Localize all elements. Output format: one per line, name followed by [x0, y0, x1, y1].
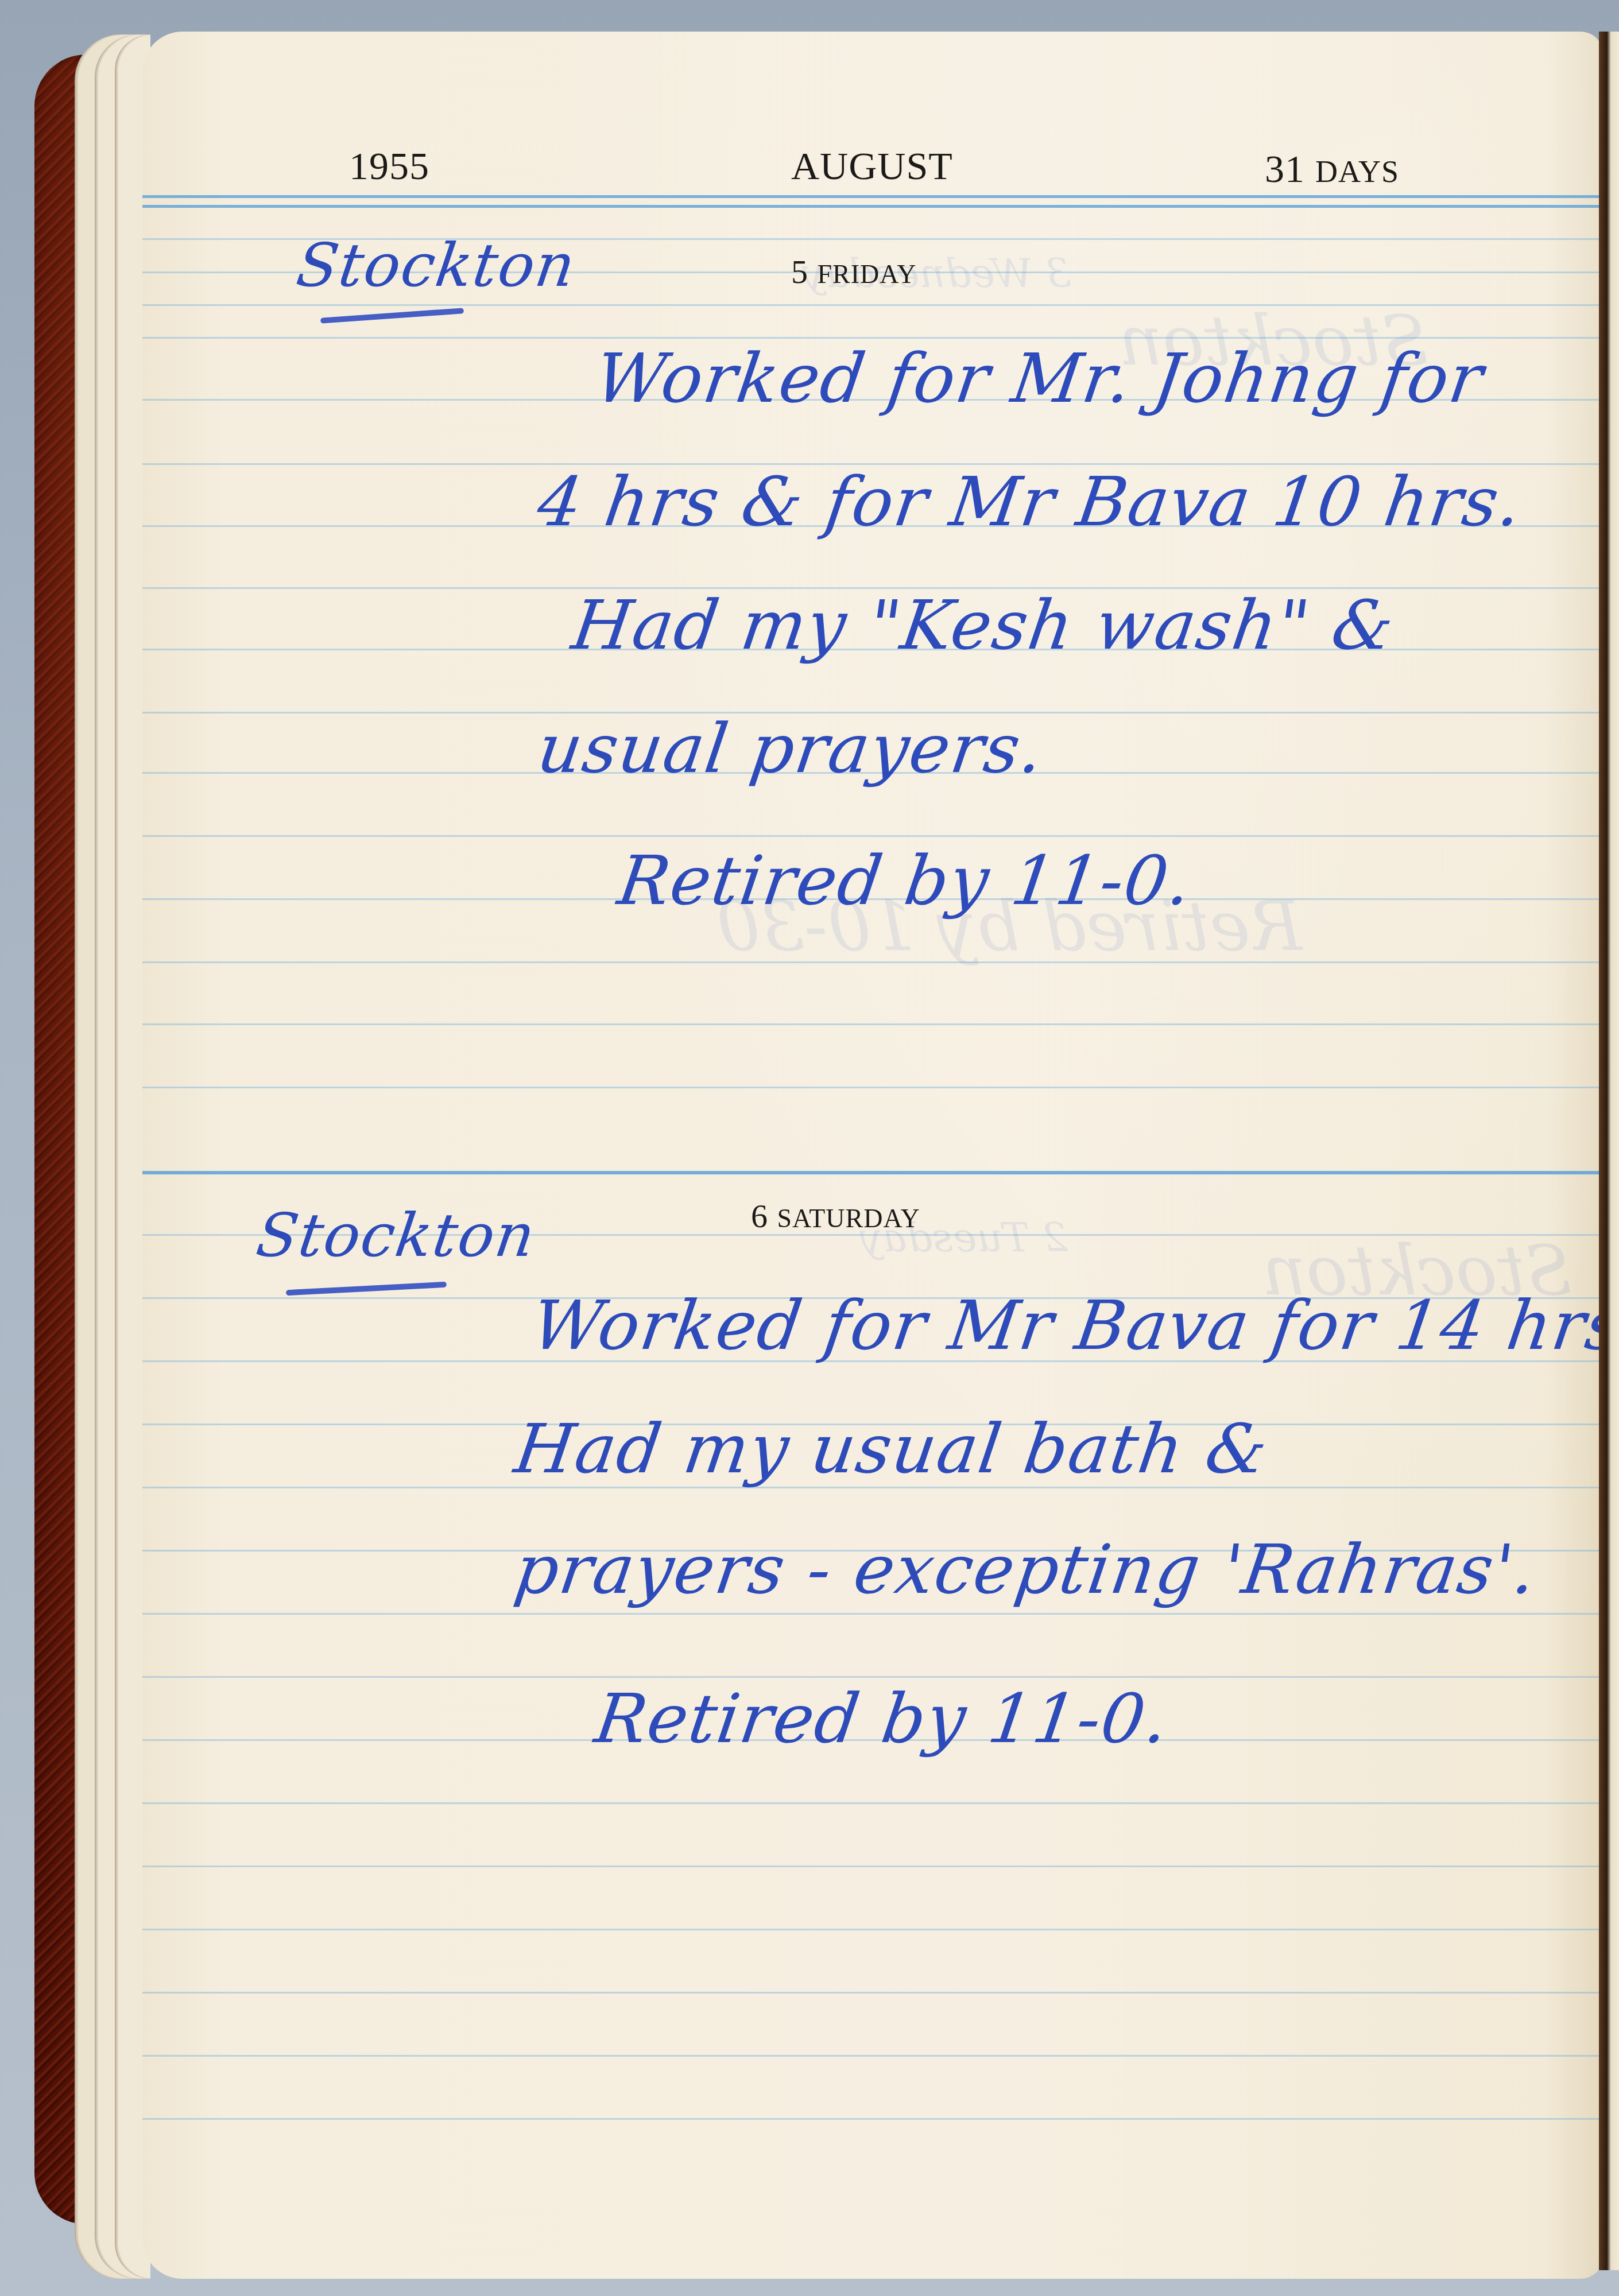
ruled-line: [142, 1676, 1603, 1678]
ruled-line: [142, 1023, 1603, 1025]
header-month: AUGUST: [791, 143, 953, 189]
ruled-line: [142, 1929, 1603, 1930]
place-underline: [286, 1282, 447, 1296]
header-rule: [142, 205, 1603, 208]
entry-line: Worked for Mr. Johng for: [591, 344, 1488, 412]
days-number: 31: [1265, 147, 1305, 191]
entry-line: usual prayers.: [534, 715, 1048, 782]
days-label: Days: [1315, 154, 1399, 189]
ruled-line: [142, 1613, 1603, 1615]
ruled-line: [142, 1865, 1603, 1867]
entry-line: Had my "Kesh wash" &: [568, 591, 1399, 659]
ruled-line: [142, 1087, 1603, 1088]
header-rule: [142, 195, 1603, 198]
day-name: Saturday: [777, 1204, 920, 1233]
day-divider-rule: [142, 1171, 1603, 1174]
ruled-line: [142, 2055, 1603, 2057]
entry-line: Had my usual bath &: [511, 1415, 1273, 1483]
day-name: Friday: [818, 259, 917, 289]
entry-line: Worked for Mr Bava for 14 hrs.: [528, 1291, 1603, 1359]
date-number: 6: [751, 1197, 768, 1235]
entry-line: prayers - excepting 'Rahras'.: [511, 1535, 1541, 1603]
header-days-count: 31 Days: [1265, 146, 1399, 192]
entry-line: Retired by 11-0.: [614, 847, 1196, 914]
entry-date-heading: 5 Friday: [791, 253, 917, 291]
entry-date-heading: 6 Saturday: [751, 1197, 920, 1235]
ruled-line: [142, 1992, 1603, 1994]
ruled-line: [142, 835, 1603, 837]
ruled-line: [142, 2118, 1603, 2120]
entry-place: Stockton: [293, 235, 580, 295]
date-number: 5: [791, 253, 808, 290]
diary-page: Stockton 3 Wednesday Retired by 10-30 2 …: [142, 32, 1603, 2279]
header-year: 1955: [349, 143, 429, 189]
place-underline: [320, 308, 464, 323]
book-gutter: [1599, 32, 1619, 2270]
entry-place: Stockton: [253, 1205, 540, 1265]
entry-line: Retired by 11-0.: [591, 1685, 1173, 1752]
ruled-line: [142, 1802, 1603, 1804]
entry-line: 4 hrs & for Mr Bava 10 hrs.: [534, 468, 1527, 536]
